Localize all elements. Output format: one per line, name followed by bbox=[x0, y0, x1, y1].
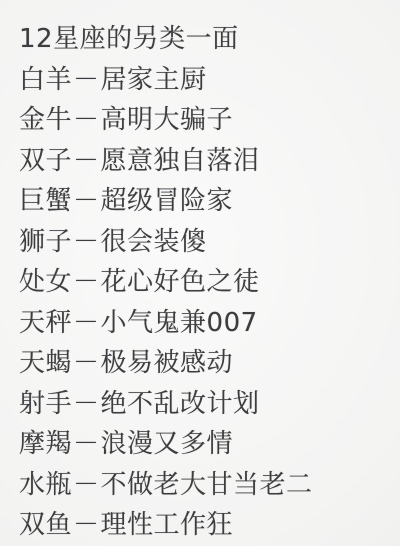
separator-dash: － bbox=[72, 105, 101, 135]
zodiac-sign: 天秤 bbox=[19, 308, 72, 338]
zodiac-trait: 小气鬼兼007 bbox=[101, 308, 258, 338]
separator-dash: － bbox=[72, 389, 101, 419]
list-item-gemini: 双子－愿意独自落泪 bbox=[19, 141, 390, 182]
list-item-aquarius: 水瓶－不做老大甘当老二 bbox=[19, 465, 390, 506]
list-item-scorpio: 天蝎－极易被感动 bbox=[19, 343, 390, 384]
list-item-virgo: 处女－花心好色之徒 bbox=[19, 262, 390, 303]
separator-dash: － bbox=[72, 267, 101, 297]
zodiac-trait: 居家主厨 bbox=[101, 65, 207, 95]
list-item-pisces: 双鱼－理性工作狂 bbox=[19, 505, 390, 546]
zodiac-trait: 高明大骗子 bbox=[101, 105, 234, 135]
list-item-capricorn: 摩羯－浪漫又多情 bbox=[19, 424, 390, 465]
zodiac-trait: 不做老大甘当老二 bbox=[101, 470, 313, 500]
zodiac-sign: 天蝎 bbox=[19, 348, 72, 378]
zodiac-sign: 双子 bbox=[19, 146, 72, 176]
list-title: 12星座的另类一面 bbox=[19, 19, 390, 60]
zodiac-trait: 愿意独自落泪 bbox=[101, 146, 260, 176]
list-item-sagittarius: 射手－绝不乱改计划 bbox=[19, 384, 390, 425]
separator-dash: － bbox=[72, 186, 101, 216]
separator-dash: － bbox=[72, 146, 101, 176]
list-item-cancer: 巨蟹－超级冒险家 bbox=[19, 181, 390, 222]
zodiac-trait: 超级冒险家 bbox=[101, 186, 234, 216]
separator-dash: － bbox=[72, 65, 101, 95]
zodiac-sign: 水瓶 bbox=[19, 470, 72, 500]
zodiac-sign: 白羊 bbox=[19, 65, 72, 95]
zodiac-sign: 金牛 bbox=[19, 105, 72, 135]
text-photo: 12星座的另类一面 白羊－居家主厨 金牛－高明大骗子 双子－愿意独自落泪 巨蟹－… bbox=[0, 0, 400, 546]
zodiac-sign: 射手 bbox=[19, 389, 72, 419]
zodiac-sign: 狮子 bbox=[19, 227, 72, 257]
list-item-taurus: 金牛－高明大骗子 bbox=[19, 100, 390, 141]
list-item-aries: 白羊－居家主厨 bbox=[19, 60, 390, 101]
zodiac-sign: 处女 bbox=[19, 267, 72, 297]
zodiac-sign: 双鱼 bbox=[19, 510, 72, 540]
zodiac-trait: 理性工作狂 bbox=[101, 510, 234, 540]
list-item-leo: 狮子－很会装傻 bbox=[19, 222, 390, 263]
zodiac-trait: 极易被感动 bbox=[101, 348, 234, 378]
zodiac-trait: 绝不乱改计划 bbox=[101, 389, 260, 419]
separator-dash: － bbox=[72, 510, 101, 540]
zodiac-trait: 花心好色之徒 bbox=[101, 267, 260, 297]
separator-dash: － bbox=[72, 227, 101, 257]
list-item-libra: 天秤－小气鬼兼007 bbox=[19, 303, 390, 344]
separator-dash: － bbox=[72, 348, 101, 378]
zodiac-trait: 很会装傻 bbox=[101, 227, 207, 257]
separator-dash: － bbox=[72, 308, 101, 338]
zodiac-sign: 巨蟹 bbox=[19, 186, 72, 216]
zodiac-trait: 浪漫又多情 bbox=[101, 429, 234, 459]
separator-dash: － bbox=[72, 470, 101, 500]
separator-dash: － bbox=[72, 429, 101, 459]
zodiac-sign: 摩羯 bbox=[19, 429, 72, 459]
